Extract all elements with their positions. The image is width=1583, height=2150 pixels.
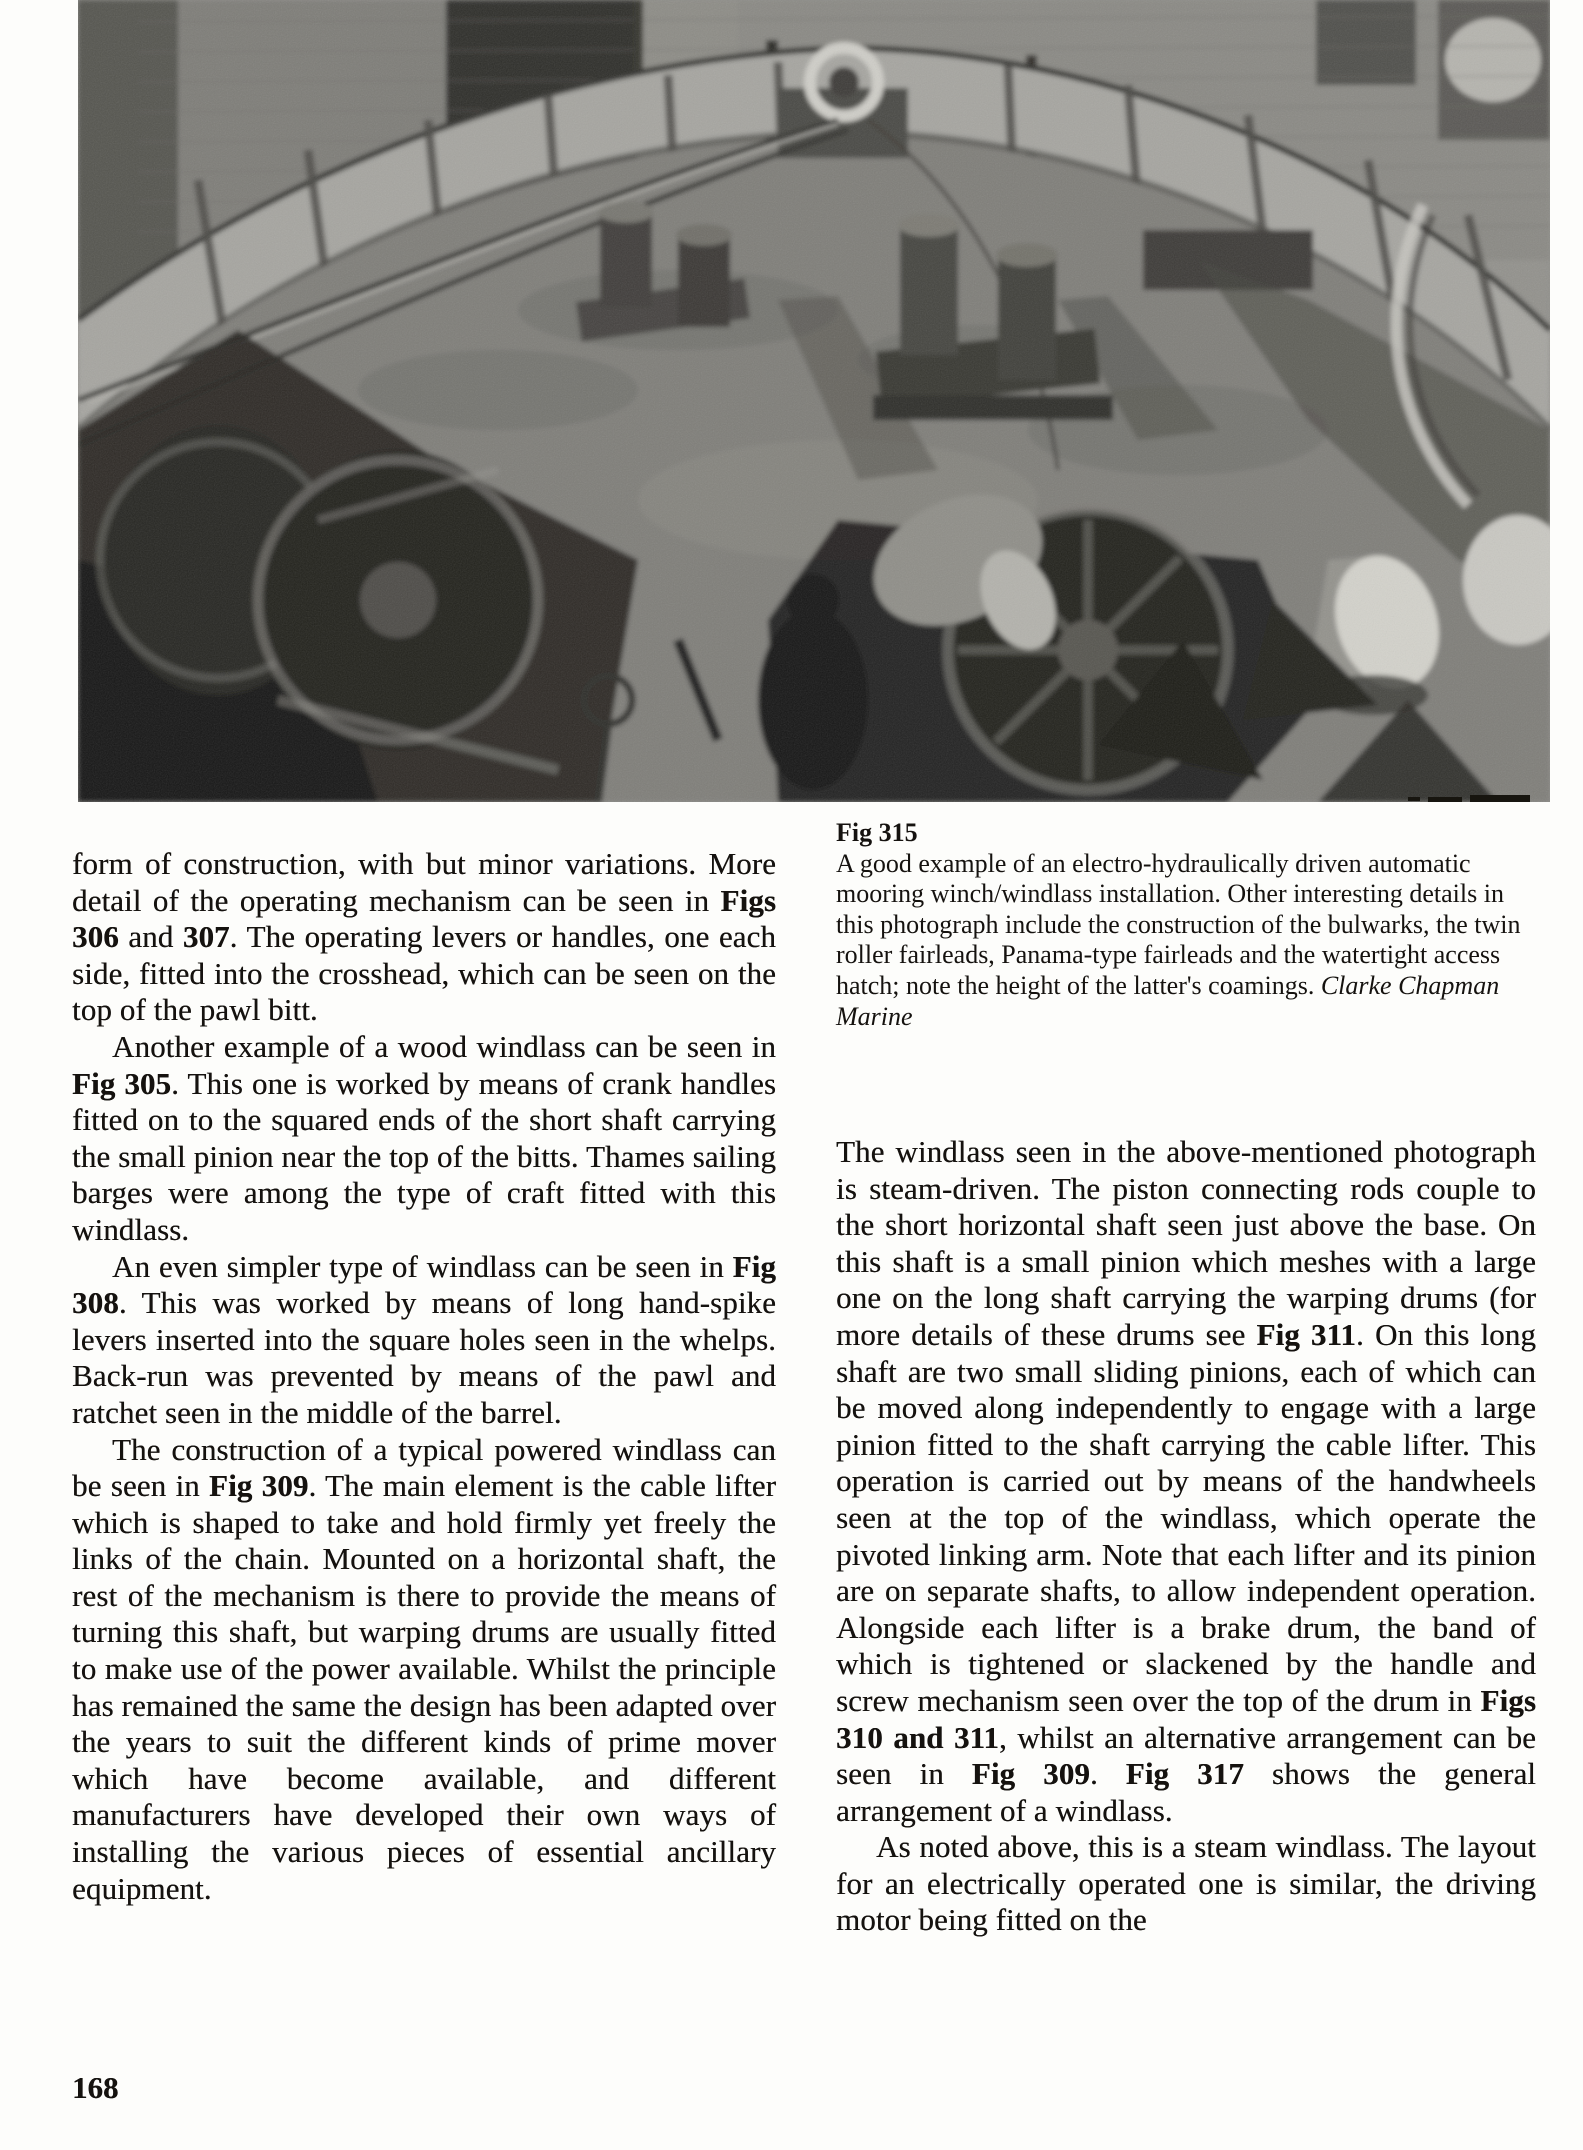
page-number: 168 <box>72 2070 119 2106</box>
book-page: Fig 315 A good example of an electro-hyd… <box>0 0 1583 2150</box>
right-column: The windlass seen in the above-mentioned… <box>836 1134 1536 1939</box>
paragraph: The construction of a typical powered wi… <box>72 1432 776 1908</box>
edge-mark <box>1470 795 1530 802</box>
figure-caption-label: Fig 315 <box>836 818 1528 849</box>
paragraph: As noted above, this is a steam windlass… <box>836 1829 1536 1939</box>
left-column: form of construction, with but minor var… <box>72 846 776 1907</box>
figure-caption-text: A good example of an electro-hydraulical… <box>836 849 1528 1033</box>
paragraph: The windlass seen in the above-mentioned… <box>836 1134 1536 1829</box>
edge-mark <box>1408 797 1420 801</box>
paragraph: Another example of a wood windlass can b… <box>72 1029 776 1249</box>
edge-mark <box>1428 797 1462 802</box>
figure-caption: Fig 315 A good example of an electro-hyd… <box>836 818 1528 1032</box>
windlass-deck-photo <box>78 0 1550 802</box>
paragraph: An even simpler type of windlass can be … <box>72 1249 776 1432</box>
paragraph: form of construction, with but minor var… <box>72 846 776 1029</box>
